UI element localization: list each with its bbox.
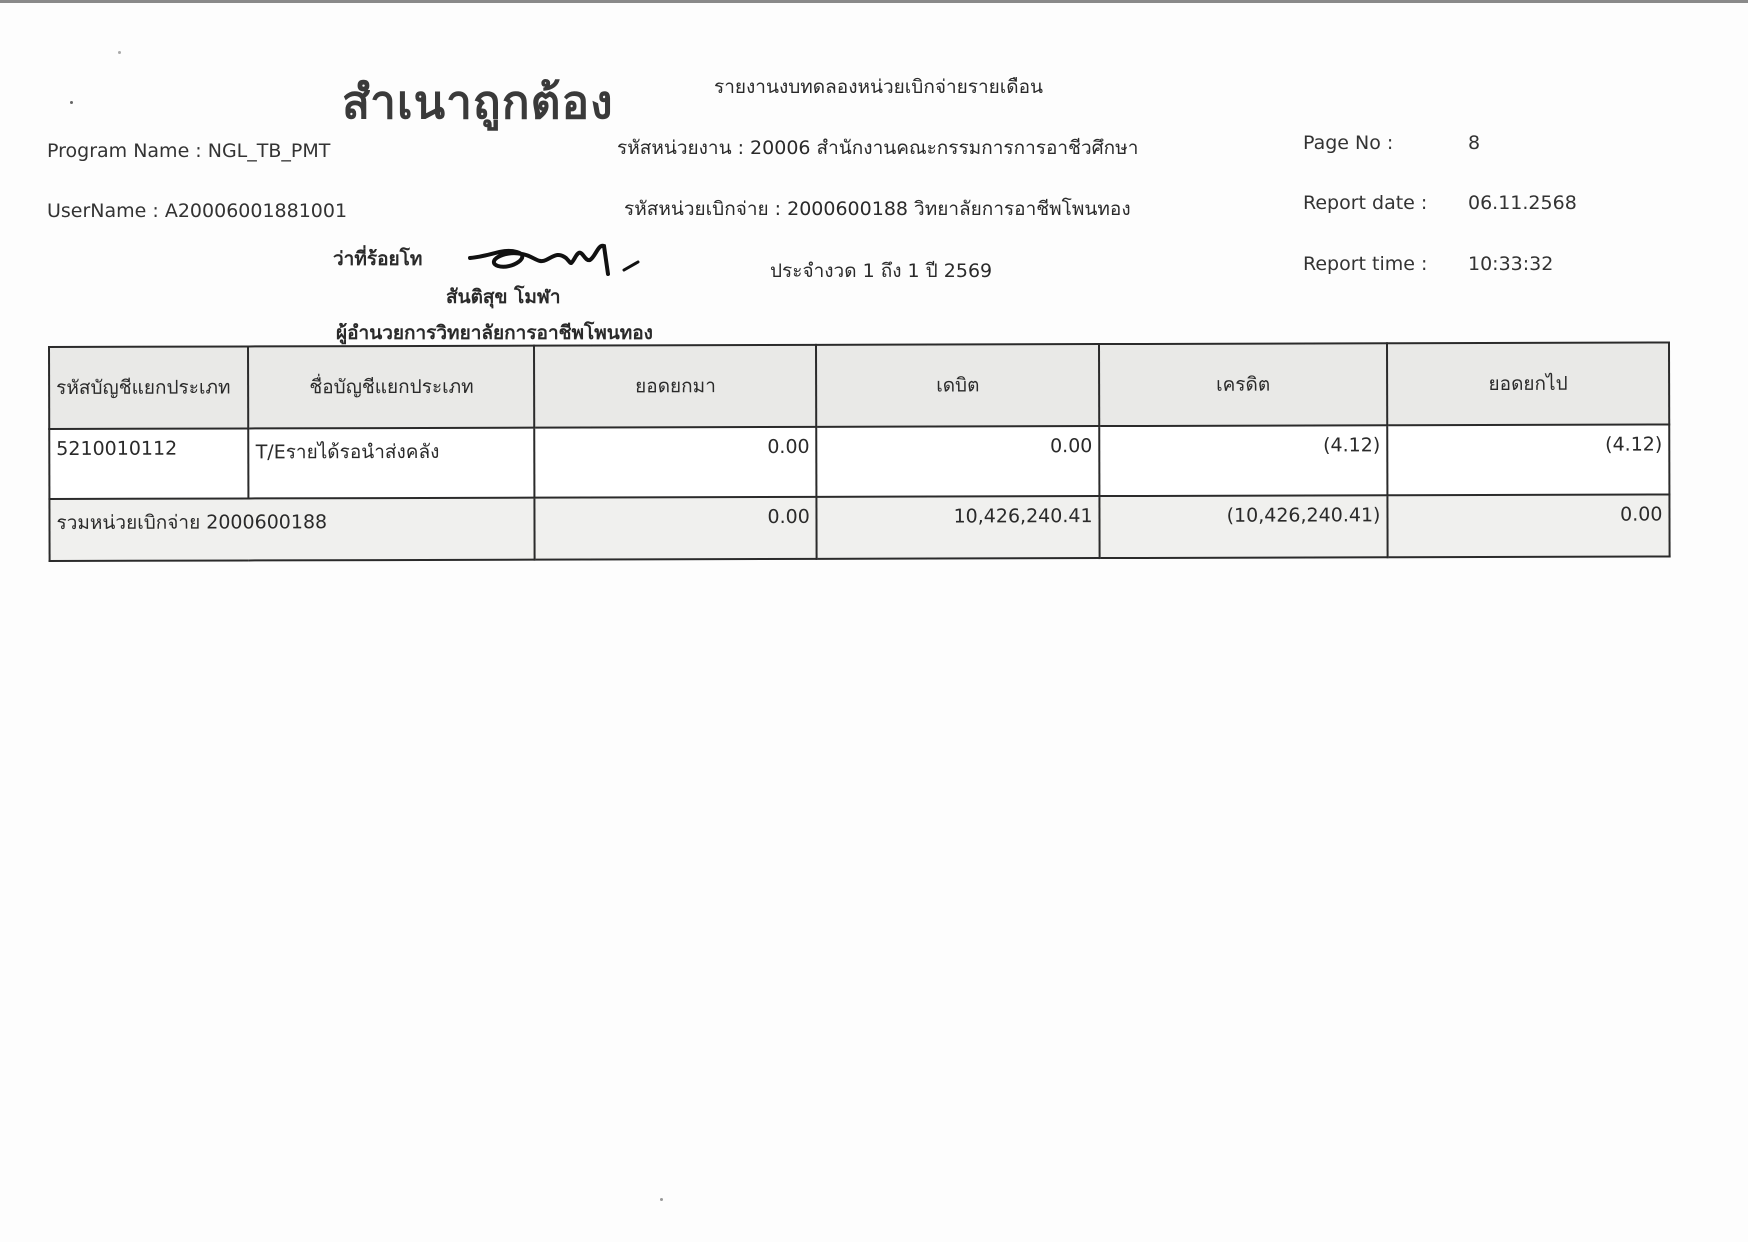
account-code: 5210010112 <box>49 428 249 499</box>
report-period: ประจำงวด 1 ถึง 1 ปี 2569 <box>770 256 992 286</box>
report-date-label: Report date : <box>1303 192 1427 214</box>
credit: (4.12) <box>1099 425 1387 496</box>
col-brought-forward: ยอดยกมา <box>534 345 816 428</box>
agency-code: รหัสหน่วยงาน : 20006 สำนักงานคณะกรรมการก… <box>617 133 1138 163</box>
table-header-row: รหัสบัญชีแยกประเภท ชื่อบัญชีแยกประเภท ยอ… <box>49 342 1669 429</box>
account-name: T/Eรายได้รอนำส่งคลัง <box>249 428 535 499</box>
total-label: รวมหน่วยเบิกจ่าย 2000600188 <box>49 498 535 561</box>
scan-speck <box>660 1198 663 1201</box>
signature-icon <box>462 236 642 280</box>
total-brought-forward: 0.00 <box>535 497 817 560</box>
carried-forward: (4.12) <box>1387 424 1669 495</box>
col-account-code: รหัสบัญชีแยกประเภท <box>49 346 249 429</box>
certified-copy-stamp: สำเนาถูกต้อง <box>342 66 614 139</box>
trial-balance-table: รหัสบัญชีแยกประเภท ชื่อบัญชีแยกประเภท ยอ… <box>48 341 1671 562</box>
scan-speck <box>70 101 73 104</box>
report-title: รายงานงบทดลองหน่วยเบิกจ่ายรายเดือน <box>714 72 1043 102</box>
col-account-name: ชื่อบัญชีแยกประเภท <box>248 346 534 429</box>
total-debit: 10,426,240.41 <box>817 496 1100 559</box>
scan-speck <box>118 51 121 54</box>
signer-rank: ว่าที่ร้อยโท <box>333 244 422 274</box>
col-credit: เครดิต <box>1099 343 1387 426</box>
report-time-label: Report time : <box>1303 253 1427 275</box>
brought-forward: 0.00 <box>535 427 817 498</box>
page-no-label: Page No : <box>1303 132 1393 154</box>
disbursement-unit-code: รหัสหน่วยเบิกจ่าย : 2000600188 วิทยาลัยก… <box>624 194 1131 224</box>
scan-edge <box>0 0 1748 3</box>
col-debit: เดบิต <box>816 344 1099 427</box>
debit: 0.00 <box>817 426 1100 497</box>
username: UserName : A20006001881001 <box>47 200 347 222</box>
total-row: รวมหน่วยเบิกจ่าย 2000600188 0.00 10,426,… <box>49 494 1669 561</box>
total-credit: (10,426,240.41) <box>1100 495 1388 558</box>
col-carried-forward: ยอดยกไป <box>1387 342 1669 425</box>
page-no-value: 8 <box>1468 132 1480 154</box>
table-row: 5210010112 T/Eรายได้รอนำส่งคลัง 0.00 0.0… <box>49 424 1669 499</box>
report-date-value: 06.11.2568 <box>1468 192 1577 214</box>
signer-name: สันติสุข โมฬา <box>446 282 561 312</box>
total-carried-forward: 0.00 <box>1387 494 1669 557</box>
report-time-value: 10:33:32 <box>1468 253 1553 275</box>
program-name: Program Name : NGL_TB_PMT <box>47 140 330 162</box>
